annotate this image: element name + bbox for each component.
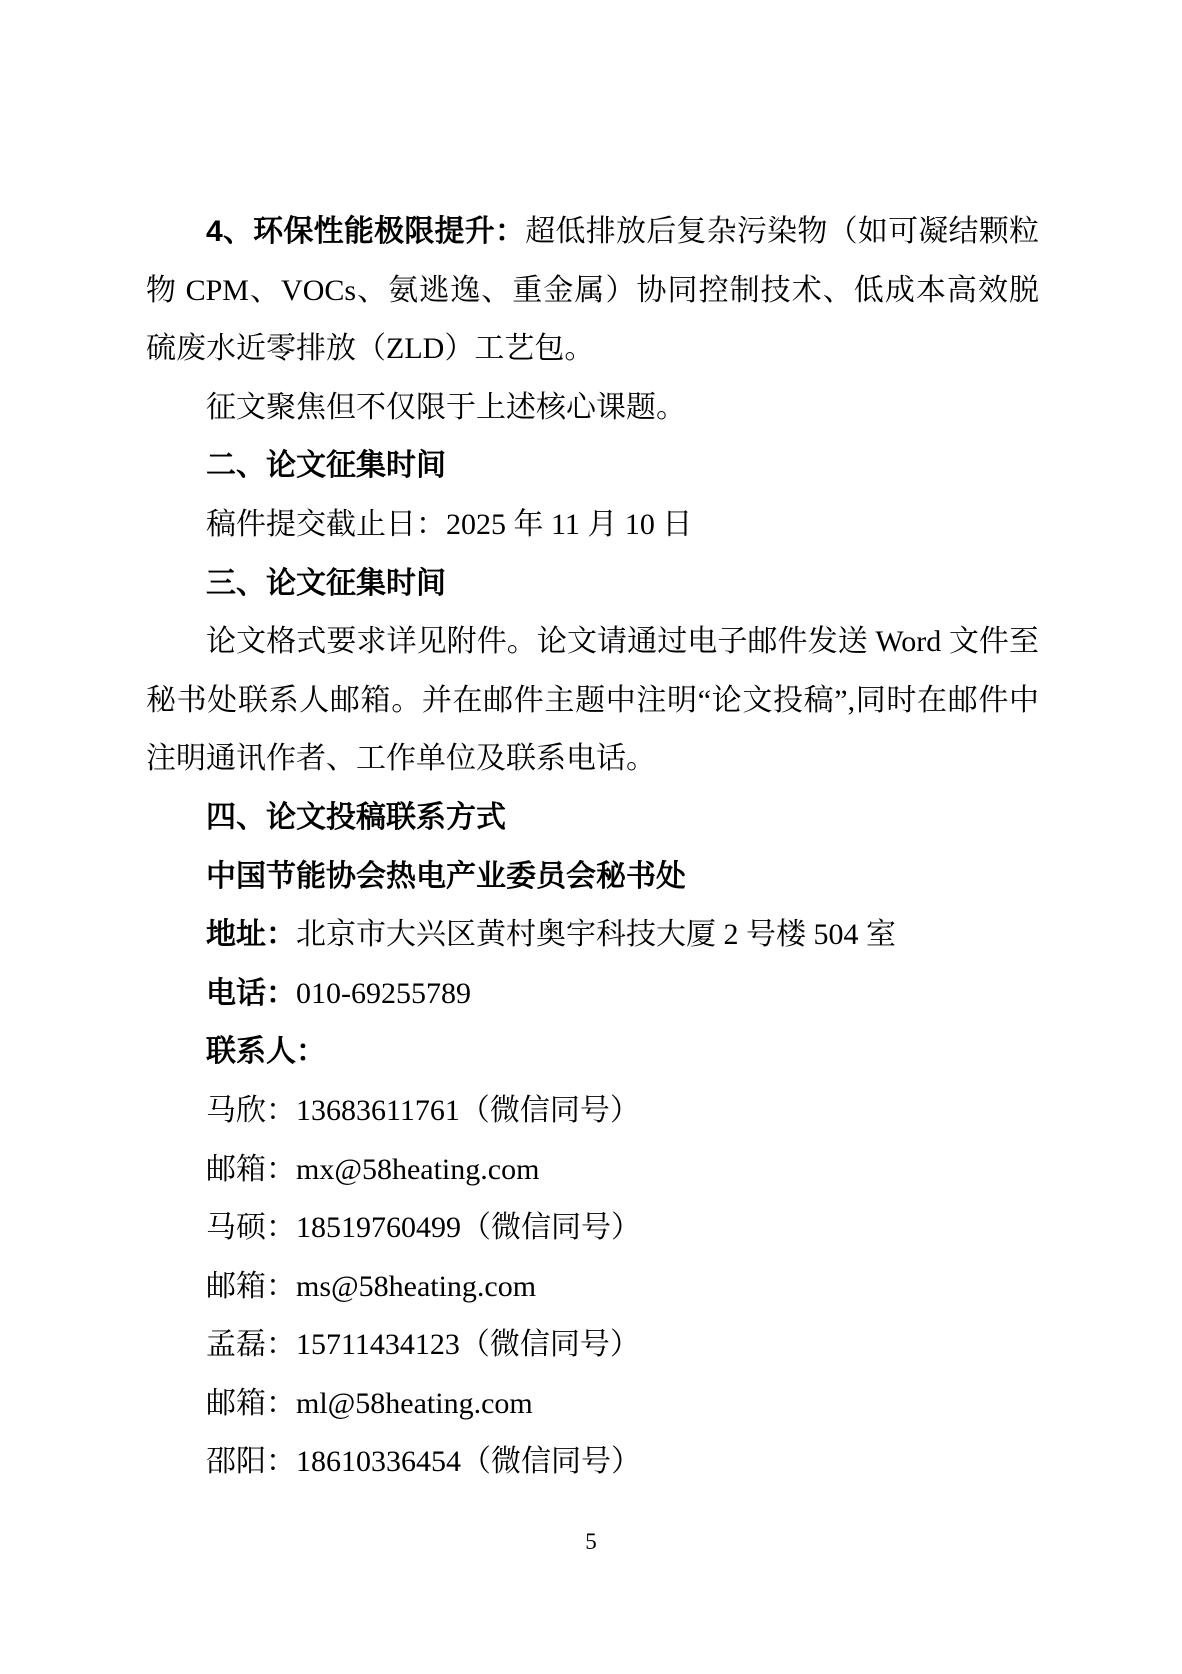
para-email-ml: 邮箱：ml@58heating.com [146, 1375, 1039, 1434]
bold-heading-run: 4、环保性能极限提升： [206, 215, 525, 248]
text-run: 邮箱：ms@58heating.com [206, 1270, 536, 1303]
heading-section-3: 三、论文征集时间 [146, 555, 1039, 614]
para-email-ms: 邮箱：ms@58heating.com [146, 1258, 1039, 1317]
text-run: 马欣：13683611761（微信同号） [206, 1094, 640, 1127]
para-contacts-label: 联系人： [146, 1023, 1039, 1082]
para-phone: 电话：010-69255789 [146, 965, 1039, 1024]
para-email-mx: 邮箱：mx@58heating.com [146, 1141, 1039, 1200]
heading-section-4: 四、论文投稿联系方式 [146, 789, 1039, 848]
page-number: 5 [0, 1528, 1182, 1556]
para-secretariat-name: 中国节能协会热电产业委员会秘书处 [146, 848, 1039, 907]
text-run: 孟磊：15711434123（微信同号） [206, 1328, 640, 1361]
para-scope-note: 征文聚焦但不仅限于上述核心课题。 [146, 379, 1039, 438]
para-topic-4-env-performance: 4、环保性能极限提升：超低排放后复杂污染物（如可凝结颗粒物 CPM、VOCs、氨… [146, 203, 1039, 379]
heading-section-2: 二、论文征集时间 [146, 437, 1039, 496]
para-contact-ma-xin: 马欣：13683611761（微信同号） [146, 1082, 1039, 1141]
document-page: 4、环保性能极限提升：超低排放后复杂污染物（如可凝结颗粒物 CPM、VOCs、氨… [0, 0, 1182, 1674]
para-submission-instructions: 论文格式要求详见附件。论文请通过电子邮件发送 Word 文件至秘书处联系人邮箱。… [146, 613, 1039, 789]
text-run: 010-69255789 [296, 977, 471, 1010]
text-run: 征文聚焦但不仅限于上述核心课题。 [206, 391, 686, 424]
para-submission-deadline: 稿件提交截止日：2025 年 11 月 10 日 [146, 496, 1039, 555]
bold-heading-run: 二、论文征集时间 [206, 449, 446, 482]
text-run: 邮箱：mx@58heating.com [206, 1153, 539, 1186]
bold-heading-run: 地址： [206, 918, 296, 951]
bold-heading-run: 三、论文征集时间 [206, 567, 446, 600]
text-run: 邵阳：18610336454（微信同号） [206, 1445, 641, 1478]
text-run: 论文格式要求详见附件。论文请通过电子邮件发送 Word 文件至秘书处联系人邮箱。… [146, 625, 1039, 775]
text-run: 稿件提交截止日：2025 年 11 月 10 日 [206, 508, 692, 541]
text-run: 马硕：18519760499（微信同号） [206, 1211, 641, 1244]
bold-heading-run: 联系人： [206, 1035, 326, 1068]
document-body: 4、环保性能极限提升：超低排放后复杂污染物（如可凝结颗粒物 CPM、VOCs、氨… [146, 203, 1039, 1492]
bold-heading-run: 中国节能协会热电产业委员会秘书处 [206, 860, 686, 893]
text-run: 北京市大兴区黄村奥宇科技大厦 2 号楼 504 室 [296, 918, 896, 951]
para-contact-ma-shuo: 马硕：18519760499（微信同号） [146, 1199, 1039, 1258]
bold-heading-run: 四、论文投稿联系方式 [206, 801, 506, 834]
bold-heading-run: 电话： [206, 977, 296, 1010]
para-address: 地址：北京市大兴区黄村奥宇科技大厦 2 号楼 504 室 [146, 906, 1039, 965]
para-contact-shao-yang: 邵阳：18610336454（微信同号） [146, 1433, 1039, 1492]
text-run: 邮箱：ml@58heating.com [206, 1387, 533, 1420]
para-contact-meng-lei: 孟磊：15711434123（微信同号） [146, 1316, 1039, 1375]
